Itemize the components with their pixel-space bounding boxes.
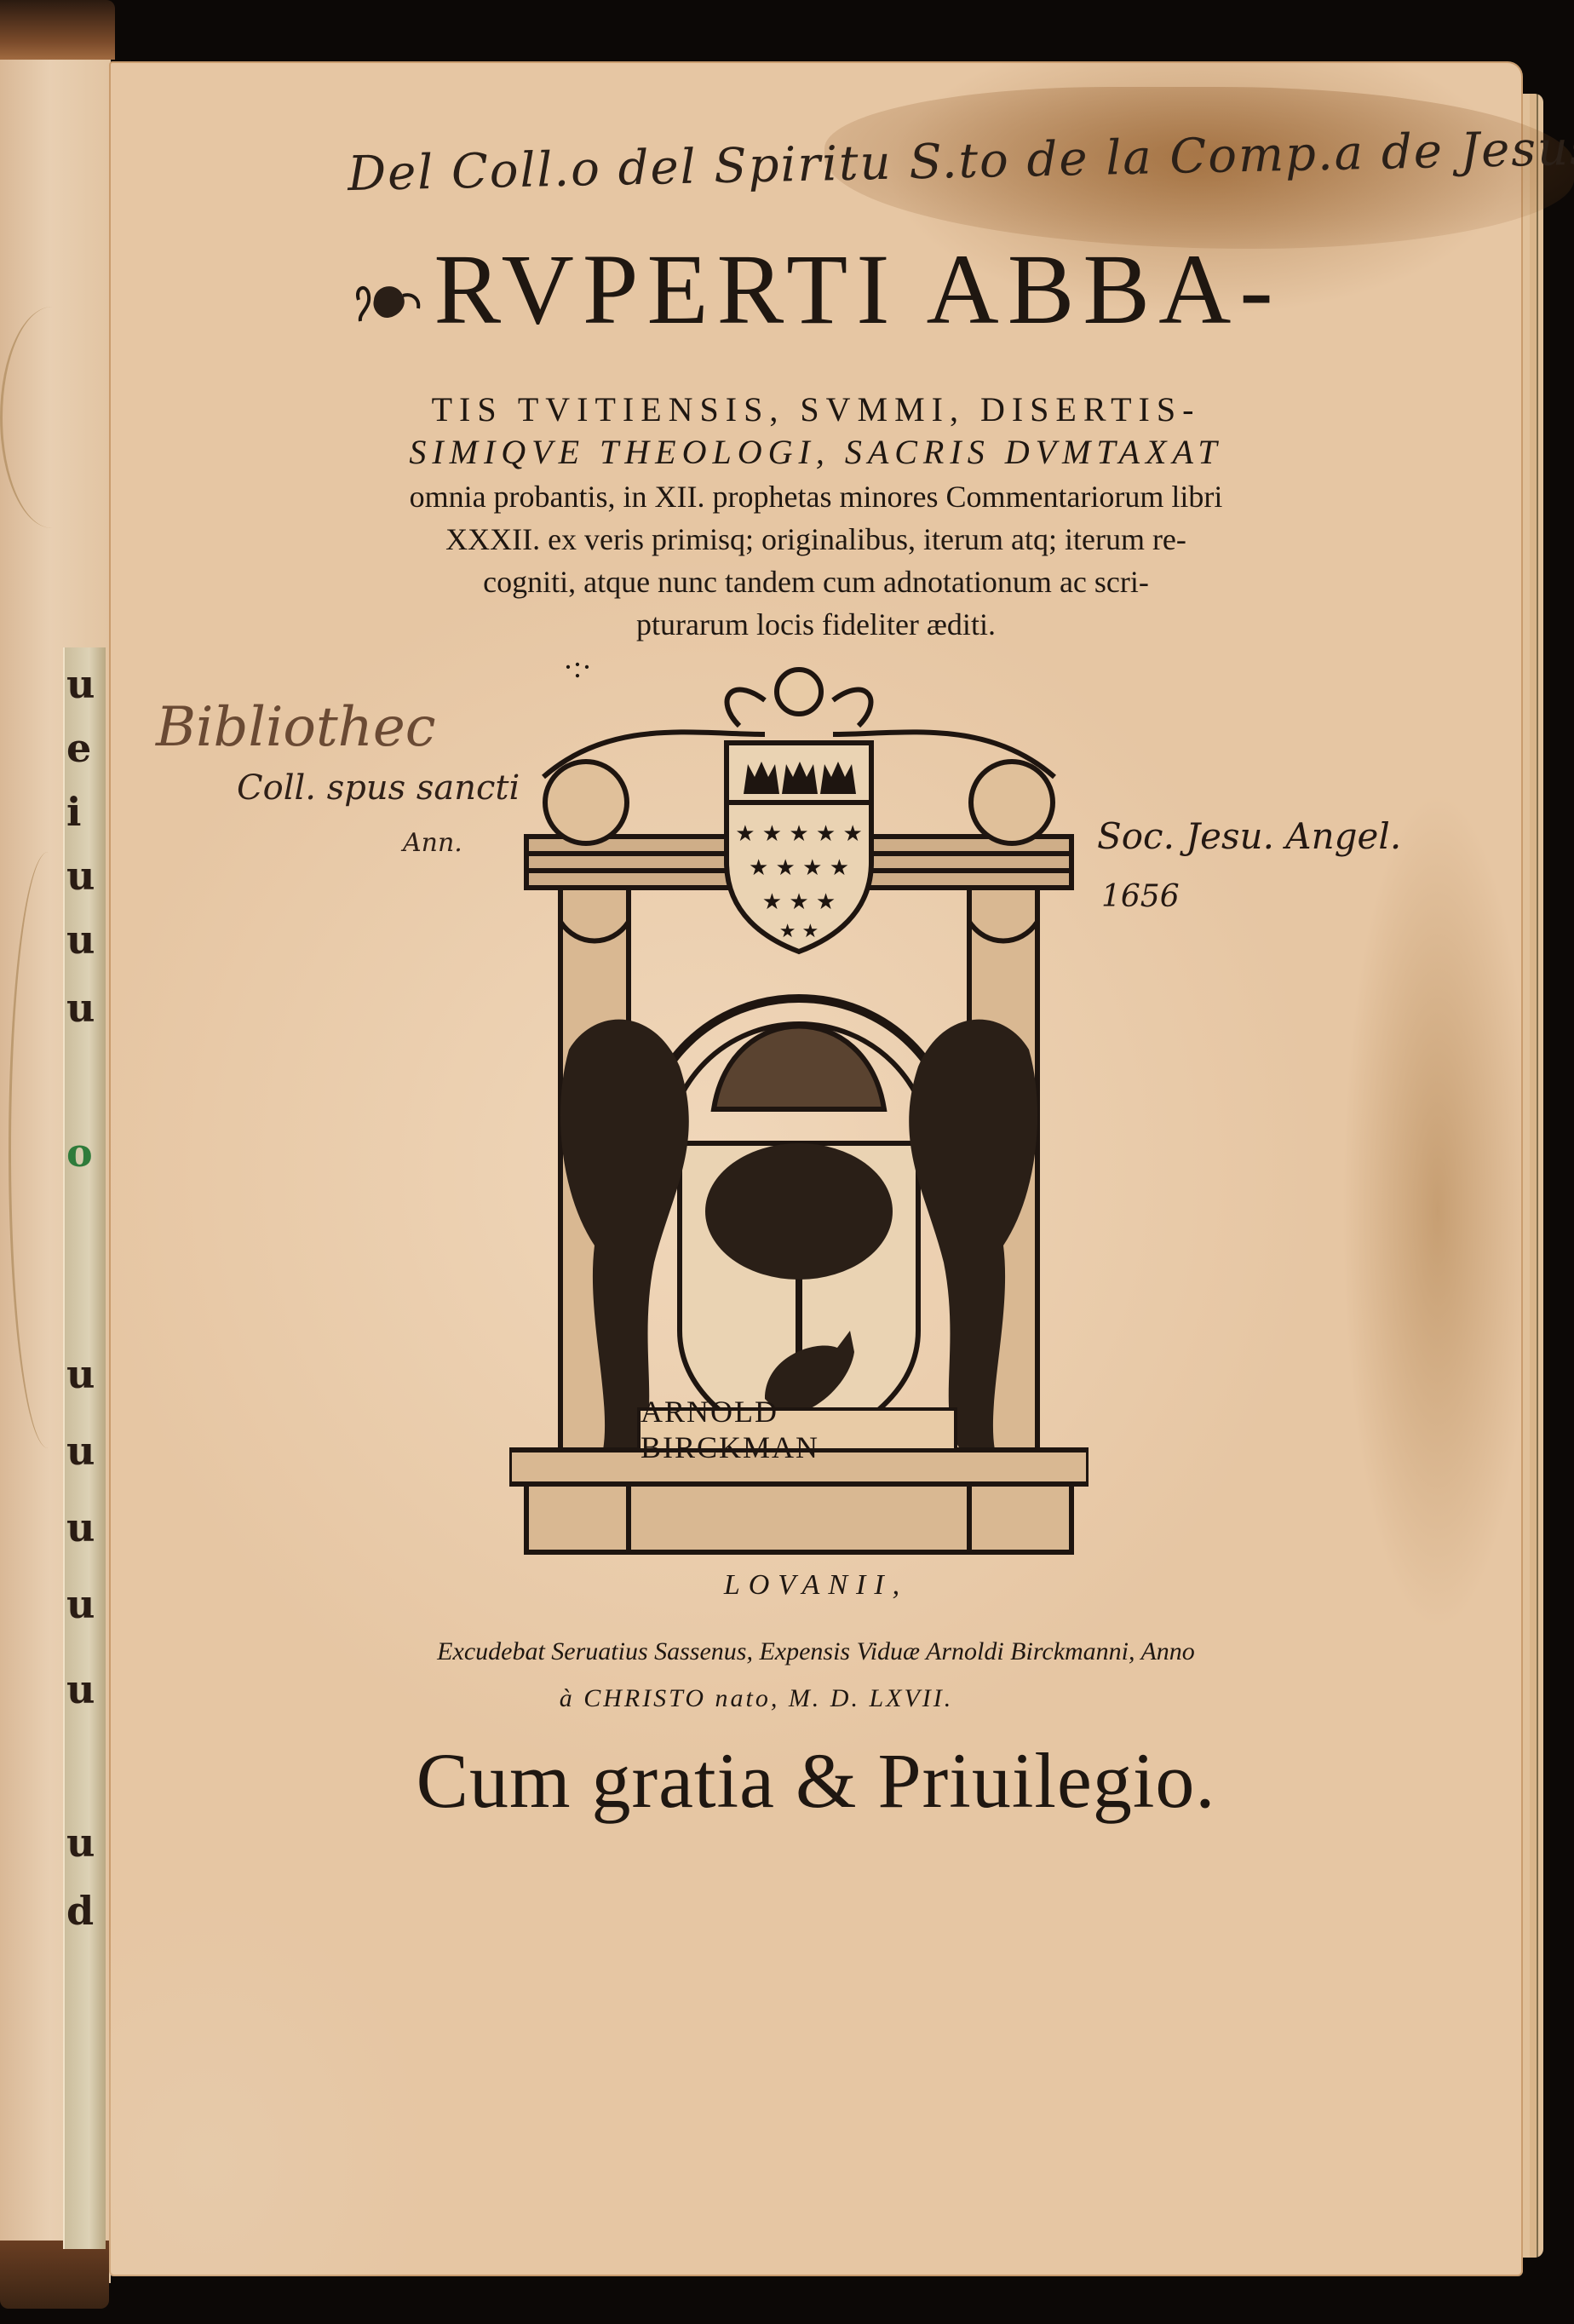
spine-letter: i (66, 792, 104, 831)
spine-letter: u (66, 1585, 104, 1624)
spine-letter: u (66, 920, 104, 959)
spine-letter: u (66, 1431, 104, 1470)
library-inscription-societas: Soc. Jesu. Angel. (1097, 815, 1401, 857)
spine-manuscript-strip: u e i u u u o u u u u u u d (63, 647, 106, 2249)
title-line-1: RVPERTI ABBA- (109, 232, 1523, 348)
title-line-5: XXXII. ex veris primisq; originalibus, i… (109, 521, 1523, 557)
spine-green-initial: o (66, 1133, 104, 1172)
spine-letter: u (66, 1355, 104, 1394)
title-page: Del Coll.o del Spiritu S.to de la Comp.a… (109, 61, 1523, 2276)
water-stain (109, 1893, 433, 2276)
privilege-statement: Cum gratia & Priuilegio. (109, 1735, 1523, 1826)
printers-name-plate: ARNOLD BIRCKMAN (637, 1407, 957, 1452)
svg-text:★ ★: ★ ★ (779, 921, 819, 942)
spine-letter: e (66, 728, 104, 768)
binding-cover-bottom (0, 2241, 109, 2309)
title-line-2: TIS TVITIENSIS, SVMMI, DISERTIS- (109, 389, 1523, 429)
library-inscription-ann: Ann. (403, 828, 462, 858)
imprint-date-line: à CHRISTO nato, M. D. LXVII. (49, 1684, 1463, 1713)
svg-text:★ ★ ★: ★ ★ ★ (762, 889, 836, 915)
library-inscription-bibliothec: Bibliothec (156, 696, 436, 759)
svg-text:★ ★ ★ ★: ★ ★ ★ ★ (749, 855, 849, 881)
spine-letter: u (66, 856, 104, 895)
spine-letter: u (66, 988, 104, 1027)
spine-letter: d (66, 1891, 104, 1930)
imprint-place: LOVANII, (109, 1569, 1523, 1602)
binding-cover-top (0, 0, 115, 60)
spine-letter: u (66, 1508, 104, 1547)
title-line-3: SIMIQVE THEOLOGI, SACRIS DVMTAXAT (109, 432, 1523, 472)
spine-letter: u (66, 1823, 104, 1862)
title-text: RVPERTI ABBA- (434, 233, 1281, 345)
title-line-7: pturarum locis fideliter æditi. (109, 607, 1523, 642)
binding-thread (0, 307, 105, 528)
library-inscription-collegium: Coll. spus sancti (237, 768, 520, 808)
fleuron-ornament-icon (350, 274, 427, 325)
svg-text:★ ★ ★ ★ ★: ★ ★ ★ ★ ★ (735, 821, 863, 847)
library-inscription-year: 1656 (1101, 879, 1180, 914)
title-line-4: omnia probantis, in XII. prophetas minor… (109, 479, 1523, 515)
imprint-printer-line: Excudebat Seruatius Sassenus, Expensis V… (109, 1637, 1523, 1666)
title-line-6: cogniti, atque nunc tandem cum adnotatio… (109, 564, 1523, 600)
